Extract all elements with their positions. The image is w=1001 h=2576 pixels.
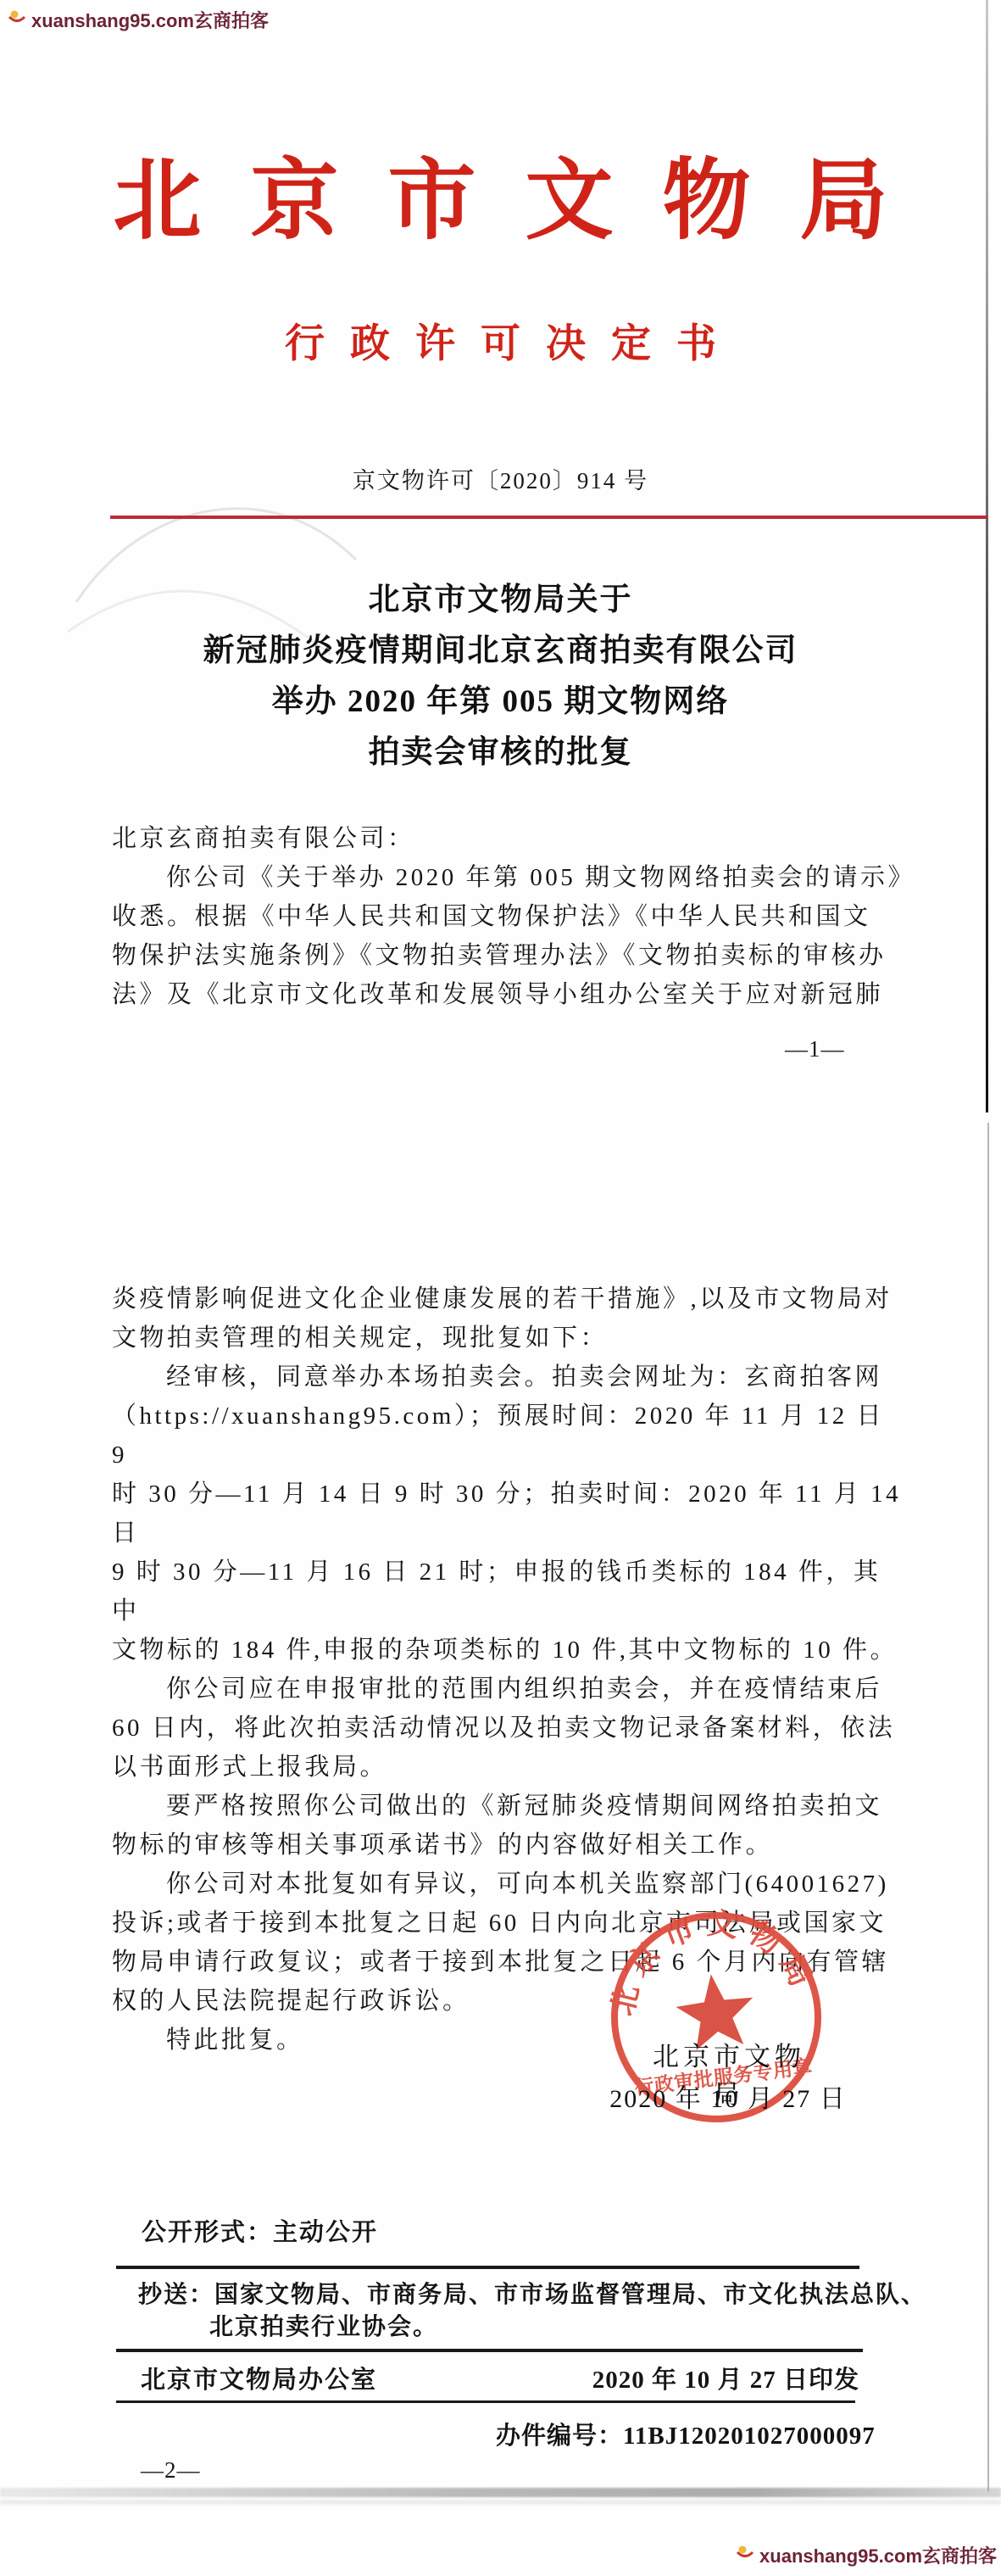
body-line: 物保护法实施条例》《文物拍卖管理办法》《文物拍卖标的审核办 (112, 936, 904, 975)
body-line: 时 30 分—11 月 14 日 9 时 30 分；拍卖时间：2020 年 11… (112, 1475, 904, 1553)
scan-band-faint (0, 2500, 1001, 2505)
body-line: 物标的审核等相关事项承诺书》的内容做好相关工作。 (112, 1826, 904, 1865)
body-line: 以书面形式上报我局。 (112, 1748, 904, 1787)
scan-edge-line-light (987, 1123, 989, 2491)
watermark-bottom: xuanshang95.com玄商拍客 (735, 2542, 997, 2568)
doc-number: 京文物许可〔2020〕914 号 (0, 462, 1001, 495)
body-line: 文物拍卖管理的相关规定，现批复如下： (112, 1319, 904, 1358)
auction-cup-icon (7, 8, 27, 32)
issuing-office: 北京市文物局办公室 (141, 2361, 377, 2395)
footer-divider-3 (116, 2400, 855, 2403)
document-title-line: 新冠肺炎疫情期间北京玄商拍卖有限公司 (0, 626, 1001, 677)
cc-line-1: 抄送：国家文物局、市商务局、市市场监督管理局、市文化执法总队、 (138, 2276, 926, 2310)
footer-divider-2 (116, 2349, 863, 2352)
cc-line-2: 北京拍卖行业协会。 (209, 2308, 438, 2342)
body-line: 收悉。根据《中华人民共和国文物保护法》《中华人民共和国文 (112, 897, 904, 936)
body-line: 炎疫情影响促进文化企业健康发展的若干措施》,以及市文物局对 (112, 1280, 904, 1319)
signature-date: 2020 年 10 月 27 日 (605, 2077, 851, 2115)
body-line: 经审核，同意举办本场拍卖会。拍卖会网址为：玄商拍客网 (112, 1358, 904, 1397)
auction-cup-icon (735, 2544, 755, 2568)
scanned-document: xuanshang95.com玄商拍客 北京市文物局 行政许可决定书 京文物许可… (0, 0, 1001, 2576)
document-title-line: 拍卖会审核的批复 (0, 728, 1001, 778)
document-title-line: 举办 2020 年第 005 期文物网络 (0, 677, 1001, 728)
scan-band (0, 2488, 1001, 2497)
publicity-type: 公开形式：主动公开 (142, 2213, 378, 2248)
letterhead-org-title: 北京市文物局 (0, 129, 1001, 256)
page2-number: —2— (141, 2457, 201, 2484)
body-line: 你公司《关于举办 2020 年第 005 期文物网络拍卖会的请示》 (112, 858, 904, 897)
letterhead-red-rule (110, 516, 988, 519)
letterhead-org-title-text: 北京市文物局 (113, 153, 937, 250)
body-line: 60 日内，将此次拍卖活动情况以及拍卖文物记录备案材料，依法 (112, 1709, 904, 1748)
body-line: 9 时 30 分—11 月 16 日 21 时；申报的钱币类标的 184 件，其… (112, 1553, 904, 1631)
reference-number: 办件编号：11BJ120201027000097 (496, 2417, 876, 2451)
letterhead-doc-type: 行政许可决定书 (0, 312, 1001, 369)
watermark-top: xuanshang95.com玄商拍客 (7, 7, 269, 33)
body-line: 文物标的 184 件,申报的杂项类标的 10 件,其中文物标的 10 件。 (112, 1631, 904, 1670)
body-line: 要严格按照你公司做出的《新冠肺炎疫情期间网络拍卖拍文 (112, 1787, 904, 1826)
letterhead-doc-type-text: 行政许可决定书 (285, 322, 742, 366)
body-line: 你公司应在申报审批的范围内组织拍卖会，并在疫情结束后 (112, 1670, 904, 1709)
page1-number: —1— (785, 1036, 845, 1062)
print-date: 2020 年 10 月 27 日印发 (509, 2361, 859, 2395)
body-line: （https://xuanshang95.com）；预展时间：2020 年 11… (112, 1397, 904, 1475)
watermark-text: xuanshang95.com玄商拍客 (759, 2542, 997, 2568)
watermark-text: xuanshang95.com玄商拍客 (31, 7, 269, 33)
body-line: 法》及《北京市文化改革和发展领导小组办公室关于应对新冠肺 (112, 975, 904, 1014)
page1-body: 北京玄商拍卖有限公司：你公司《关于举办 2020 年第 005 期文物网络拍卖会… (112, 819, 904, 1014)
body-line: 北京玄商拍卖有限公司： (112, 819, 904, 858)
document-title-line: 北京市文物局关于 (0, 575, 1001, 626)
footer-divider-1 (116, 2266, 859, 2269)
document-title: 北京市文物局关于新冠肺炎疫情期间北京玄商拍卖有限公司举办 2020 年第 005… (0, 575, 1001, 778)
